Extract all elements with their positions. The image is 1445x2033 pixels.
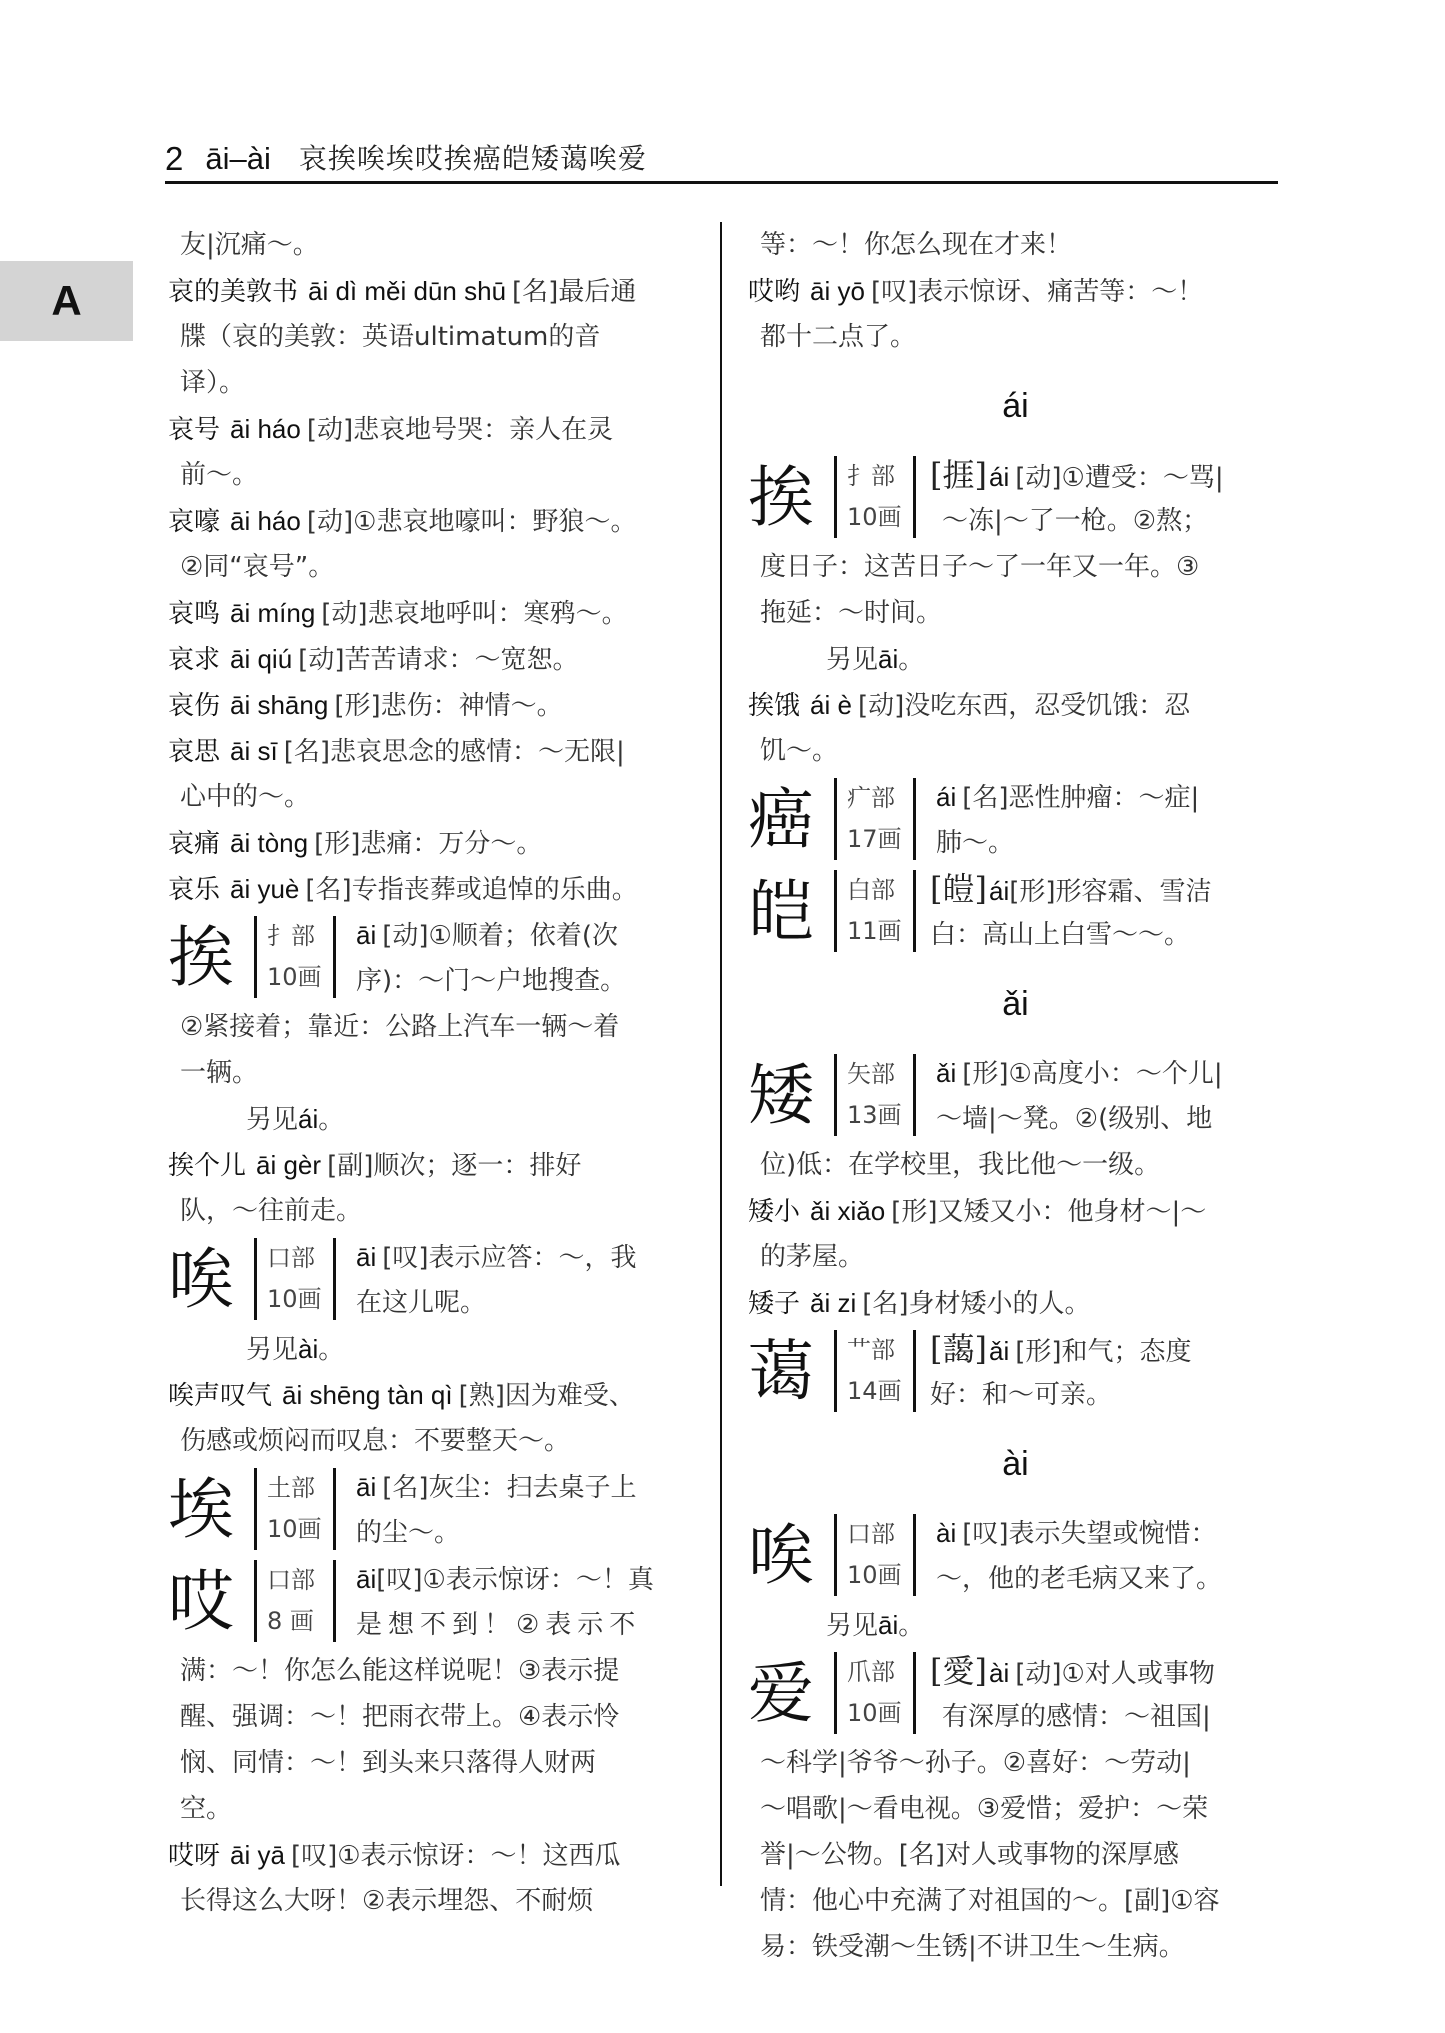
see-also-pinyin[interactable]: āi [878,1610,898,1640]
definition: [形]和气；态度 [1015,1337,1191,1367]
stroke-count: 10画 [847,1555,913,1596]
headword: 哀伤 [168,691,220,721]
character-glyph: 埃 [168,1464,250,1556]
definition-cont: 的茅屋。 [748,1234,1283,1280]
headword: 哎呀 [168,1841,220,1871]
pinyin: ǎi zi [810,1288,856,1318]
traditional-form: [藹] [930,1330,987,1368]
entry-aiyue: 哀乐āi yuè[名]专指丧葬或追悼的乐曲。 [168,866,708,912]
definition-cont: 都十二点了。 [748,314,1283,360]
definition: [叹]表示应答：～，我 [382,1243,636,1273]
punctuation: 。 [318,1335,344,1365]
section-heading-ai3: ǎi [748,958,1283,1050]
entry-aihao: 哀号āi háo[动]悲哀地号哭：亲人在灵 前～。 [168,406,708,498]
radical-strokes-box: 白部 11画 [834,870,916,952]
definition: [熟]因为难受、 [459,1381,635,1411]
pinyin: āi [356,1242,376,1272]
definition-cont: ②同“哀号”。 [168,544,708,590]
character-glyph: 哎 [168,1556,250,1648]
definition: [动]悲哀地呼叫：寒鸦～。 [321,599,627,629]
radical: 口部 [267,1238,333,1279]
entry-aitong: 哀痛āi tòng[形]悲痛：万分～。 [168,820,708,866]
definition-cont: ～唱歌|～看电视。③爱惜；爱护：～荣 [748,1786,1283,1832]
pinyin: ǎi [989,1336,1009,1366]
letter-index-tab[interactable]: A [0,261,133,341]
definition-cont: 度日子：这苦日子～了一年又一年。③ [748,544,1283,590]
definition: [形]悲伤：神情～。 [334,691,562,721]
definition-cont: 肺～。 [936,820,1199,866]
pinyin: āi [356,1472,376,1502]
pinyin: ái [936,782,956,812]
headword: 哎哟 [748,277,800,307]
definition-cont: ～墙|～凳。②(级别、地 [936,1096,1223,1142]
pinyin: āi míng [230,598,315,628]
pinyin: ái [989,462,1009,492]
radical-strokes-box: 土部 10画 [254,1468,336,1550]
see-also-label: 另见 [246,1335,298,1365]
definition: [形]形容霜、雪洁 [1009,877,1211,907]
definition-cont: 的尘～。 [356,1510,637,1556]
punctuation: 。 [898,1611,924,1641]
pinyin: āi yā [230,1840,285,1870]
section-heading-ai4: ài [748,1418,1283,1510]
headword: 哀乐 [168,875,220,905]
headword: 哀号 [168,415,220,445]
stroke-count: 13画 [847,1095,913,1136]
radical: 土部 [267,1468,333,1509]
definition: [动]①遭受：～骂| [1015,463,1223,493]
definition-cont: 悯、同情：～！到头来只落得人财两 [168,1740,708,1786]
char-entry-ai3-蔼: 蔼 艹部 14画 [藹]ǎi[形]和气；态度 好：和～可亲。 [748,1326,1283,1418]
headword: 哀的美敦书 [168,277,298,307]
char-entry-ai-埃: 埃 土部 10画 āi[名]灰尘：扫去桌子上 的尘～。 [168,1464,708,1556]
left-column: 友|沉痛～。 哀的美敦书āi dì měi dūn shū[名]最后通 牒（哀的… [168,222,708,1924]
definition: [动]①对人或事物 [1015,1659,1215,1689]
character-glyph: 唉 [748,1510,830,1602]
definition: [名]专指丧葬或追悼的乐曲。 [305,875,637,905]
pinyin: āi [356,920,376,950]
radical: 口部 [267,1560,333,1601]
radical: 白部 [847,870,913,911]
entry-aidimeidunshu: 哀的美敦书āi dì měi dūn shū[名]最后通 牒（哀的美敦：英语ul… [168,268,708,406]
pinyin: āi [356,1564,376,1594]
definition: [叹]①表示惊讶：～！这西瓜 [291,1841,621,1871]
radical-strokes-box: 扌部 10画 [254,916,336,998]
definition-cont: 伤感或烦闷而叹息：不要整天～。 [168,1418,708,1464]
character-glyph: 爱 [748,1648,830,1740]
definition: [叹]表示惊讶、痛苦等：～！ [871,277,1203,307]
definition-cont: 拖延：～时间。 [748,590,1283,636]
pinyin: āi qiú [230,644,292,674]
definition-cont: 一辆。 [168,1050,708,1096]
headword: 哀求 [168,645,220,675]
definition-cont: 满：～！你怎么能这样说呢！③表示提 [168,1648,708,1694]
definition: [副]顺次；逐一：排好 [327,1151,581,1181]
entry-aihao-2: 哀嚎āi háo[动]①悲哀地嚎叫：野狼～。 ②同“哀号”。 [168,498,708,590]
cross-reference: 另见ái。 [168,1096,708,1142]
definition: [形]悲痛：万分～。 [314,829,542,859]
headword: 矮小 [748,1197,800,1227]
radical-strokes-box: 口部 8 画 [254,1560,336,1642]
pinyin: ǎi [936,1058,956,1088]
see-also-pinyin[interactable]: ài [298,1334,318,1364]
definition-cont: 有深厚的感情：～祖国| [930,1694,1215,1740]
pinyin: āi yō [810,276,865,306]
column-divider [720,222,722,1886]
radical: 疒部 [847,778,913,819]
definition: [名]身材矮小的人。 [862,1289,1090,1319]
header-characters: 哀挨唉埃哎挨癌皑矮蔼唉爱 [299,141,647,177]
definition-cont: ～，他的老毛病又来了。 [936,1556,1222,1602]
radical-strokes-box: 矢部 13画 [834,1054,916,1136]
definition-cont: 序)：～门～户地搜查。 [356,958,626,1004]
stroke-count: 14画 [847,1371,913,1412]
continued-text: 等：～！你怎么现在才来！ [748,222,1283,268]
definition: [动]苦苦请求：～宽恕。 [298,645,578,675]
headword: 哀鸣 [168,599,220,629]
right-column: 等：～！你怎么现在才来！ 哎哟āi yō[叹]表示惊讶、痛苦等：～！ 都十二点了… [748,222,1283,1970]
see-also-label: 另见 [246,1105,298,1135]
entry-aiya: 哎呀āi yā[叹]①表示惊讶：～！这西瓜 长得这么大呀！②表示埋怨、不耐烦 [168,1832,708,1924]
stroke-count: 10画 [847,497,913,538]
stroke-count: 11画 [847,911,913,952]
punctuation: 。 [318,1105,344,1135]
definition: [动]没吃东西，忍受饥饿：忍 [858,691,1190,721]
definition: [名]悲哀思念的感情：～无限| [284,737,625,767]
definition-cont: 誉|～公物。[名]对人或事物的深厚感 [748,1832,1283,1878]
radical-strokes-box: 艹部 14画 [834,1330,916,1412]
definition: [动]①顺着；依着(次 [382,921,618,951]
definition-cont: 好：和～可亲。 [930,1372,1192,1418]
definition: [名]恶性肿瘤：～症| [962,783,1199,813]
page-header: 2 āi–ài 哀挨唉埃哎挨癌皑矮蔼唉爱 [165,138,1278,184]
definition: [形]①高度小：～个儿| [962,1059,1222,1089]
radical: 矢部 [847,1054,913,1095]
char-entry-ai2-癌: 癌 疒部 17画 ái[名]恶性肿瘤：～症| 肺～。 [748,774,1283,866]
definition: [名]灰尘：扫去桌子上 [382,1473,636,1503]
definition-cont: 易：铁受潮～生锈|不讲卫生～生病。 [748,1924,1283,1970]
definition-cont: 饥～。 [748,728,1283,774]
radical-strokes-box: 口部 10画 [834,1514,916,1596]
radical: 扌部 [847,456,913,497]
continued-text: 友|沉痛～。 [168,222,708,268]
radical: 爪部 [847,1652,913,1693]
definition-cont: 前～。 [168,452,708,498]
char-entry-ai-唉: 唉 口部 10画 āi[叹]表示应答：～，我 在这儿呢。 另见ài。 [168,1234,708,1372]
radical-strokes-box: 口部 10画 [254,1238,336,1320]
pinyin: āi gèr [256,1150,321,1180]
definition: [动]①悲哀地嚎叫：野狼～。 [307,507,637,537]
entry-aiqiu: 哀求āi qiú[动]苦苦请求：～宽恕。 [168,636,708,682]
pinyin: āi shēng tàn qì [282,1380,453,1410]
entry-aishengtanqi: 唉声叹气āi shēng tàn qì[熟]因为难受、 伤感或烦闷而叹息：不要整… [168,1372,708,1464]
character-glyph: 挨 [168,912,250,1004]
char-entry-ai-哎: 哎 口部 8 画 āi[叹]①表示惊讶：～！真 是想不到！②表示不 满：～！你怎… [168,1556,708,1832]
definition-cont: 译）。 [168,360,708,406]
entry-aiming: 哀鸣āi míng[动]悲哀地呼叫：寒鸦～。 [168,590,708,636]
headword: 唉声叹气 [168,1381,272,1411]
traditional-form: [愛] [930,1652,987,1690]
radical: 口部 [847,1514,913,1555]
definition-cont: 位)低：在学校里，我比他～一级。 [748,1142,1283,1188]
entry-aie: 挨饿ái è[动]没吃东西，忍受饥饿：忍 饥～。 [748,682,1283,774]
stroke-count: 8 画 [267,1601,333,1642]
traditional-form: [捱] [930,456,987,494]
character-glyph: 矮 [748,1050,830,1142]
radical-strokes-box: 爪部 10画 [834,1652,916,1734]
definition-cont: 是想不到！②表示不 [356,1602,654,1648]
definition: [动]悲哀地号哭：亲人在灵 [307,415,613,445]
pinyin: ái è [810,690,852,720]
entry-aixiao: 矮小ǎi xiǎo[形]又矮又小：他身材～|～ 的茅屋。 [748,1188,1283,1280]
pinyin: ǎi xiǎo [810,1196,885,1226]
definition-cont: ②紧接着；靠近：公路上汽车一辆～着 [168,1004,708,1050]
radical-strokes-box: 扌部 10画 [834,456,916,538]
headword: 哀思 [168,737,220,767]
pinyin: āi sī [230,736,278,766]
character-glyph: 癌 [748,774,830,866]
definition-cont: 醒、强调：～！把雨衣带上。④表示怜 [168,1694,708,1740]
definition-cont: 心中的～。 [168,774,708,820]
radical-strokes-box: 疒部 17画 [834,778,916,860]
punctuation: 。 [898,645,924,675]
definition-cont: 队，～往前走。 [168,1188,708,1234]
char-entry-ai2-挨: 挨 扌部 10画 [捱]ái[动]①遭受：～骂| ～冻|～了一枪。②熬； 度日子… [748,452,1283,682]
char-entry-ai4-唉: 唉 口部 10画 ài[叹]表示失望或惋惜： ～，他的老毛病又来了。 另见āi。 [748,1510,1283,1648]
pinyin: ài [936,1518,956,1548]
definition: [名]最后通 [512,277,636,307]
radical: 扌部 [267,916,333,957]
traditional-form: [皚] [930,870,987,908]
char-entry-ai3-矮: 矮 矢部 13画 ǎi[形]①高度小：～个儿| ～墙|～凳。②(级别、地 位)低… [748,1050,1283,1188]
letter-index-label: A [51,277,81,325]
definition-cont: 长得这么大呀！②表示埋怨、不耐烦 [168,1878,708,1924]
headword: 哀嚎 [168,507,220,537]
cross-reference: 另见āi。 [748,1602,1283,1648]
page-number: 2 [165,141,183,177]
definition-cont: ～冻|～了一枪。②熬； [930,498,1224,544]
character-glyph: 蔼 [748,1326,830,1418]
pinyin-range: āi–ài [205,141,271,177]
pinyin: āi háo [230,506,301,536]
char-entry-ai4-爱: 爱 爪部 10画 [愛]ài[动]①对人或事物 有深厚的感情：～祖国| ～科学|… [748,1648,1283,1970]
definition: [形]又矮又小：他身材～|～ [891,1197,1206,1227]
pinyin: āi háo [230,414,301,444]
cross-reference: 另见ài。 [168,1326,708,1372]
definition: [叹]①表示惊讶：～！真 [376,1565,654,1595]
stroke-count: 10画 [267,1509,333,1550]
pinyin: āi tòng [230,828,308,858]
stroke-count: 10画 [847,1693,913,1734]
see-also-label: 另见 [826,645,878,675]
pinyin: āi dì měi dūn shū [308,276,506,306]
pinyin: āi shāng [230,690,328,720]
pinyin: ài [989,1658,1009,1688]
entry-aisi: 哀思āi sī[名]悲哀思念的感情：～无限| 心中的～。 [168,728,708,820]
character-glyph: 唉 [168,1234,250,1326]
headword: 挨个儿 [168,1151,246,1181]
see-also-pinyin[interactable]: āi [878,644,898,674]
pinyin: ái [989,876,1009,906]
entry-aiyo: 哎哟āi yō[叹]表示惊讶、痛苦等：～！ 都十二点了。 [748,268,1283,360]
definition-cont: 情：他心中充满了对祖国的～。[副]①容 [748,1878,1283,1924]
entry-aishang: 哀伤āi shāng[形]悲伤：神情～。 [168,682,708,728]
definition: [叹]表示失望或惋惜： [962,1519,1216,1549]
section-heading-ai2: ái [748,360,1283,452]
entry-aizi: 矮子ǎi zi[名]身材矮小的人。 [748,1280,1283,1326]
stroke-count: 10画 [267,957,333,998]
char-entry-ai-挨: 挨 扌部 10画 āi[动]①顺着；依着(次 序)：～门～户地搜查。 ②紧接着；… [168,912,708,1142]
radical: 艹部 [847,1330,913,1371]
see-also-label: 另见 [826,1611,878,1641]
see-also-pinyin[interactable]: ái [298,1104,318,1134]
entry-aigeer: 挨个儿āi gèr[副]顺次；逐一：排好 队，～往前走。 [168,1142,708,1234]
definition-cont: 白：高山上白雪～～。 [930,912,1212,958]
definition-cont: ～科学|爷爷～孙子。②喜好：～劳动| [748,1740,1283,1786]
headword: 哀痛 [168,829,220,859]
pinyin: āi yuè [230,874,299,904]
definition-cont: 空。 [168,1786,708,1832]
character-glyph: 皑 [748,866,830,958]
headword: 矮子 [748,1289,800,1319]
headword: 挨饿 [748,691,800,721]
character-glyph: 挨 [748,452,830,544]
char-entry-ai2-皑: 皑 白部 11画 [皚]ái[形]形容霜、雪洁 白：高山上白雪～～。 [748,866,1283,958]
definition-cont: 在这儿呢。 [356,1280,637,1326]
definition-cont: 牒（哀的美敦：英语ultimatum的音 [168,314,708,360]
stroke-count: 10画 [267,1279,333,1320]
cross-reference: 另见āi。 [748,636,1283,682]
stroke-count: 17画 [847,819,913,860]
